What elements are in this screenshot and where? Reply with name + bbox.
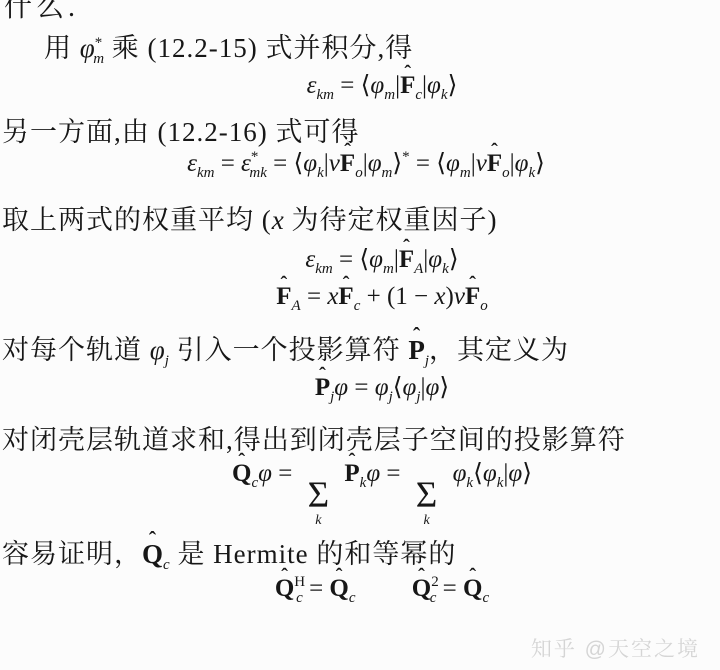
hat-operator: ˆF (340, 150, 355, 178)
summation-symbol: Σk (308, 478, 330, 528)
text-line-projection-operator-intro: 对每个轨道 φj 引入一个投影算符 ˆPj，其定义为 (2, 328, 720, 370)
hat-operator: ˆQ (232, 460, 251, 488)
summation-symbol: Σk (416, 478, 438, 528)
text-line-closed-shell-sum: 对闭壳层轨道求和,得出到闭壳层子空间的投影算符 (2, 418, 720, 457)
hat-operator: ˆQ (275, 575, 294, 603)
equation-qc-properties: ˆQHc = ˆQc ˆQ2c = ˆQc (22, 574, 720, 607)
equation-fa-definition: ˆFA = xˆFc + (1 − x)νˆFo (22, 283, 720, 315)
document-page: 什么. 用 φ*m 乘 (12.2-15) 式并积分,得 εkm = ⟨φm|ˆ… (0, 0, 720, 670)
hat-operator: ˆF (400, 72, 415, 100)
hat-operator: ˆF (338, 283, 353, 311)
hat-operator: ˆF (487, 150, 502, 178)
hat-operator: ˆQ (463, 575, 482, 603)
equation-projector-definition: ˆPjφ = φj⟨φj|φ⟩ (22, 372, 720, 406)
text-line-multiply-integrate: 用 φ*m 乘 (12.2-15) 式并积分,得 (44, 26, 720, 68)
watermark: 知乎 @天空之境 (531, 633, 700, 663)
equation-ekm-fa: εkm = ⟨φm|ˆFA|φk⟩ (22, 244, 720, 278)
hat-operator: ˆP (344, 460, 359, 488)
hat-operator: ˆF (465, 283, 480, 311)
clipped-top-text-line: 什么. (4, 0, 720, 25)
equation-symmetry: εkm = ε*mk = ⟨φk|νˆFo|φm⟩* = ⟨φm|νˆFo|φk… (6, 148, 720, 182)
text-line-hermite-idempotent: 容易证明，ˆQc 是 Hermite 的和等幂的 (2, 532, 720, 574)
text-line-weighted-average: 取上两式的权重平均 (x 为待定权重因子) (2, 198, 720, 237)
equation-qc-definition: ˆQcφ = Σk ˆPkφ = Σk φk⟨φk|φ⟩ (22, 458, 720, 528)
hat-operator: ˆQ (329, 575, 348, 603)
text-line-other-side: 另一方面,由 (12.2-16) 式可得 (2, 110, 720, 149)
hat-operator: ˆP (315, 374, 330, 402)
equation-ekm-fc: εkm = ⟨φm|ˆFc|φk⟩ (22, 70, 720, 104)
hat-operator: ˆP (408, 335, 425, 366)
hat-operator: ˆF (399, 246, 414, 274)
hat-operator: ˆQ (412, 575, 431, 603)
hat-operator: ˆQ (142, 539, 163, 570)
hat-operator: ˆF (276, 283, 291, 311)
